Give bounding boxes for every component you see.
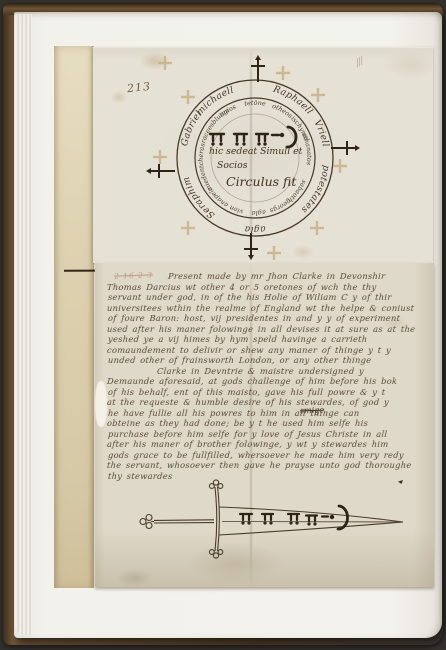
manuscript-line: unded other of frainsworth London, or an…	[108, 356, 372, 364]
conjuring-circle-diagram: michaell Raphaell Vriell potestates agla…	[93, 47, 433, 263]
svg-text:Vriell: Vriell	[311, 118, 331, 148]
svg-text:chera: chera	[197, 146, 206, 166]
page-edge-stack	[15, 14, 32, 635]
manuscript-line: servant under god, in of the his Holie o…	[108, 293, 392, 301]
svg-text:hic sedeat Simull et: hic sedeat Simull et	[209, 146, 303, 157]
manuscript-line: purchase before him selfe for y love of …	[108, 430, 388, 438]
guard-strip	[54, 46, 94, 588]
manuscript-line: gods grace to be fullfilled, whersoever …	[108, 451, 404, 459]
manuscript-line: obteine as they had done; be y t he used…	[107, 419, 369, 427]
photograph-of-manuscript: 213 ///	[0, 0, 446, 650]
svg-text:miedent: miedent	[197, 164, 214, 192]
svg-text:agla: agla	[251, 208, 266, 217]
svg-text:Socios: Socios	[217, 160, 248, 171]
manuscript-line: Demaunde aforesaid, at gods challenge of…	[107, 377, 398, 385]
svg-text:vion: vion	[228, 204, 244, 216]
svg-text:tetōne: tetōne	[244, 99, 267, 108]
manuscript-line: at the requeste & humble desire of his s…	[107, 398, 390, 406]
manuscript-line: universitees wthin the realme of England…	[107, 304, 415, 312]
svg-text:Seraphim: Seraphim	[181, 175, 217, 221]
repair-patch	[95, 381, 107, 427]
sword-crossguard	[209, 480, 222, 558]
manuscript-line: Clarke in Devntrie & maistre undersigned…	[157, 367, 365, 375]
sword-blade	[219, 507, 403, 535]
manuscript-line: Thomas Darcius wt other 4 or 5 oretones …	[107, 283, 377, 291]
blade-sigils	[240, 506, 348, 529]
manuscript-line: the servant, whosoever then gave he pray…	[107, 461, 412, 469]
sword-pommel	[140, 515, 154, 529]
sword-grip	[154, 520, 214, 523]
center-sigils	[210, 127, 296, 147]
sword-drawing	[130, 478, 420, 566]
manuscript-line: Present made by mr Jhon Clarke in Devons…	[168, 272, 386, 280]
center-inscription: hic sedeat Simull et Socios Circulus fit	[209, 146, 303, 189]
crossed-out-shelfmark: 2 16 2 3	[114, 270, 153, 280]
manuscript-line: yeshed ye a vij himes by hym speld havin…	[108, 335, 368, 343]
svg-text:agla: agla	[244, 223, 266, 235]
struck-word: smige	[300, 406, 324, 416]
inner-ring-names: agios tetōne otheos ischyros athanatos s…	[197, 99, 313, 217]
manuscript-line: of his behalf, ent of this maisto, gave …	[108, 388, 386, 396]
svg-text:Circulus fit: Circulus fit	[226, 174, 297, 189]
manuscript-line: comaundement to delivir or shew any mane…	[107, 346, 392, 354]
manuscript-line: after his maner of brother folowinge, y …	[107, 440, 389, 448]
manuscript-line: of foure Baron: host, vij presidentes in…	[108, 314, 401, 322]
manuscript-line: used after his maner folowinge in all de…	[107, 325, 416, 333]
